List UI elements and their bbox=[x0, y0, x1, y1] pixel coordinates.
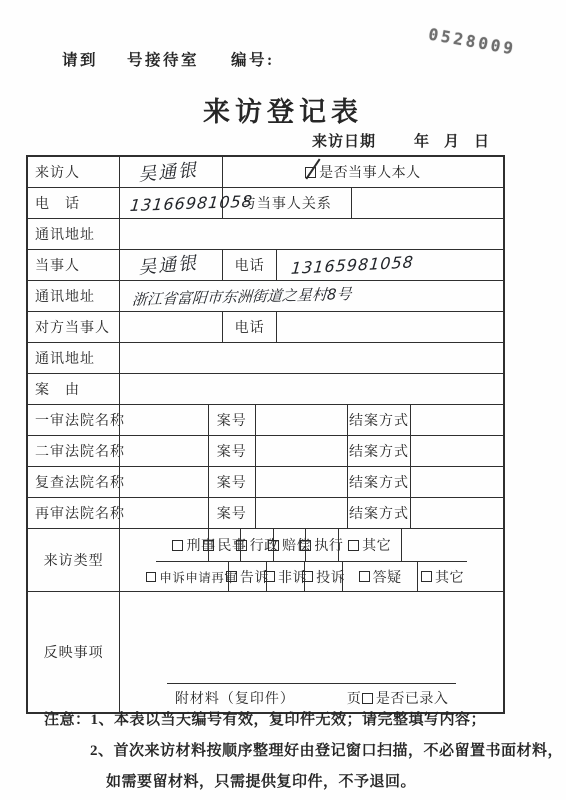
checkbox-icon[interactable] bbox=[362, 693, 373, 704]
day-label: 日 bbox=[474, 130, 490, 151]
row-visit-type: 来访类型 刑事 民事 行政 赔偿 执行 其它 申诉申请再审 告诉 非诉 投诉 答… bbox=[28, 528, 503, 591]
party-name-field[interactable]: 吴通银 bbox=[119, 250, 222, 280]
phone-field[interactable]: 13166981058 bbox=[119, 188, 222, 218]
checkbox-icon[interactable] bbox=[203, 540, 214, 551]
row-court-first: 一审法院名称 案号 结案方式 bbox=[28, 404, 503, 435]
cause-field[interactable] bbox=[119, 374, 503, 404]
month-label: 月 bbox=[444, 130, 460, 151]
party-address-handwriting: 浙江省富阳市东洲街道之星村8号 bbox=[120, 282, 353, 309]
court2-closing-field[interactable] bbox=[410, 436, 503, 466]
party-phone-label: 电话 bbox=[222, 250, 277, 280]
court2-case-label: 案号 bbox=[208, 436, 256, 466]
visit-type-other-2[interactable]: 其它 bbox=[421, 567, 464, 587]
note-title: 注意： bbox=[44, 712, 91, 728]
checkbox-icon[interactable] bbox=[226, 571, 237, 582]
cause-label: 案 由 bbox=[28, 374, 119, 404]
relation-field[interactable] bbox=[351, 188, 503, 218]
court2-name-field[interactable] bbox=[119, 436, 207, 466]
court1-label: 一审法院名称 bbox=[28, 405, 119, 435]
opponent-address-label: 通讯地址 bbox=[28, 343, 119, 373]
visitor-label: 来访人 bbox=[28, 157, 119, 187]
opponent-phone-field[interactable] bbox=[276, 312, 503, 342]
court1-closing-label: 结案方式 bbox=[347, 405, 410, 435]
note-line-2: 2、首次来访材料按顺序整理好由登记窗口扫描，不必留置书面材料， bbox=[44, 736, 549, 767]
row-party: 当事人 吴通银 电话 13165981058 bbox=[28, 249, 503, 280]
checkbox-icon[interactable] bbox=[421, 571, 432, 582]
address1-field[interactable] bbox=[119, 219, 503, 249]
reception-room-label: 号接待室 bbox=[127, 48, 199, 70]
court3-name-field[interactable] bbox=[119, 467, 207, 497]
goto-label: 请到 bbox=[62, 48, 98, 70]
court4-case-field[interactable] bbox=[255, 498, 347, 528]
page-title: 来访登记表 bbox=[0, 90, 566, 129]
party-phone-field[interactable]: 13165981058 bbox=[276, 250, 503, 280]
court3-case-field[interactable] bbox=[255, 467, 347, 497]
court4-closing-label: 结案方式 bbox=[347, 498, 410, 528]
court1-name-field[interactable] bbox=[119, 405, 207, 435]
row-court-review: 复查法院名称 案号 结案方式 bbox=[28, 466, 503, 497]
court1-case-field[interactable] bbox=[255, 405, 347, 435]
visit-type-non-litigation[interactable]: 非诉 bbox=[264, 567, 307, 587]
phone-label: 电 话 bbox=[28, 188, 119, 218]
year-label: 年 bbox=[414, 130, 430, 151]
party-address-label: 通讯地址 bbox=[28, 281, 119, 311]
court4-label: 再审法院名称 bbox=[28, 498, 119, 528]
opponent-label: 对方当事人 bbox=[28, 312, 119, 342]
visit-date-label: 来访日期 bbox=[312, 130, 376, 151]
row-visitor: 来访人 吴通银 是否当事人本人 bbox=[28, 157, 503, 187]
party-label: 当事人 bbox=[28, 250, 119, 280]
party-name-handwriting: 吴通银 bbox=[119, 249, 199, 282]
visit-type-row1-empty-cell bbox=[401, 529, 444, 561]
registration-table: 来访人 吴通银 是否当事人本人 电 话 13166981058 与当事人关系 通… bbox=[26, 155, 505, 714]
opponent-address-field[interactable] bbox=[119, 343, 503, 373]
serial-number-label: 编号: bbox=[231, 48, 275, 70]
court3-closing-label: 结案方式 bbox=[347, 467, 410, 497]
visit-type-answer-questions[interactable]: 答疑 bbox=[359, 567, 402, 587]
visit-date-line: 来访日期 年 月 日 bbox=[312, 130, 490, 151]
checkbox-icon[interactable] bbox=[146, 572, 156, 582]
is-party-self-checkbox[interactable]: 是否当事人本人 bbox=[305, 162, 421, 182]
visit-type-appeal-retrial[interactable]: 申诉申请再审 bbox=[146, 568, 237, 586]
checkbox-icon[interactable] bbox=[359, 571, 370, 582]
court4-case-label: 案号 bbox=[208, 498, 256, 528]
court1-case-label: 案号 bbox=[208, 405, 256, 435]
party-phone-handwriting: 13165981058 bbox=[277, 252, 415, 278]
court4-closing-field[interactable] bbox=[410, 498, 503, 528]
visit-type-other-1[interactable]: 其它 bbox=[348, 535, 391, 555]
visitor-name-field[interactable]: 吴通银 bbox=[119, 157, 222, 187]
note-line-1: 注意：1、本表以当天编号有效，复印件无效；请完整填写内容； bbox=[44, 705, 549, 736]
visitor-registration-form: 请到 号接待室 编号: 0528009 来访登记表 来访日期 年 月 日 来访人… bbox=[0, 0, 566, 800]
visit-type-complaint[interactable]: 投诉 bbox=[302, 567, 345, 587]
phone-handwriting: 13166981058 bbox=[119, 191, 254, 215]
court2-label: 二审法院名称 bbox=[28, 436, 119, 466]
checkbox-icon[interactable] bbox=[302, 571, 313, 582]
footer-notes: 注意：1、本表以当天编号有效，复印件无效；请完整填写内容； 2、首次来访材料按顺… bbox=[44, 705, 549, 798]
court2-case-field[interactable] bbox=[255, 436, 347, 466]
visit-type-label: 来访类型 bbox=[28, 529, 119, 591]
row-remarks: 反映事项 附材料（复印件） 页 是否已录入 bbox=[28, 591, 503, 712]
checkbox-icon[interactable] bbox=[264, 571, 275, 582]
note-line-3: 如需要留材料，只需提供复印件，不予退回。 bbox=[44, 767, 549, 798]
visit-type-sub-row-1: 刑事 民事 行政 赔偿 执行 其它 bbox=[180, 529, 444, 561]
court3-case-label: 案号 bbox=[208, 467, 256, 497]
row-phone: 电 话 13166981058 与当事人关系 bbox=[28, 187, 503, 218]
checkbox-icon[interactable] bbox=[300, 540, 311, 551]
row-cause: 案 由 bbox=[28, 373, 503, 404]
is-party-self-label: 是否当事人本人 bbox=[319, 162, 421, 182]
court3-closing-field[interactable] bbox=[410, 467, 503, 497]
party-address-field[interactable]: 浙江省富阳市东洲街道之星村8号 bbox=[119, 281, 503, 311]
row-opponent-address: 通讯地址 bbox=[28, 342, 503, 373]
address1-label: 通讯地址 bbox=[28, 219, 119, 249]
court3-label: 复查法院名称 bbox=[28, 467, 119, 497]
court2-closing-label: 结案方式 bbox=[347, 436, 410, 466]
is-party-self-cell: 是否当事人本人 bbox=[222, 157, 503, 187]
row-party-address: 通讯地址 浙江省富阳市东洲街道之星村8号 bbox=[28, 280, 503, 311]
row-court-second: 二审法院名称 案号 结案方式 bbox=[28, 435, 503, 466]
opponent-phone-label: 电话 bbox=[222, 312, 277, 342]
row-opponent: 对方当事人 电话 bbox=[28, 311, 503, 342]
checkbox-icon[interactable] bbox=[348, 540, 359, 551]
court1-closing-field[interactable] bbox=[410, 405, 503, 435]
visitor-name-handwriting: 吴通银 bbox=[119, 156, 199, 189]
checkbox-icon[interactable] bbox=[172, 540, 183, 551]
visit-type-accusation[interactable]: 告诉 bbox=[226, 567, 269, 587]
row-court-retrial: 再审法院名称 案号 结案方式 bbox=[28, 497, 503, 528]
row-address-1: 通讯地址 bbox=[28, 218, 503, 249]
remarks-label: 反映事项 bbox=[28, 592, 119, 712]
visit-type-sub-row-2: 申诉申请再审 告诉 非诉 投诉 答疑 其它 bbox=[156, 561, 467, 591]
checkbox-checked-icon[interactable] bbox=[305, 167, 316, 178]
court4-name-field[interactable] bbox=[119, 498, 207, 528]
opponent-name-field[interactable] bbox=[119, 312, 222, 342]
checkbox-icon[interactable] bbox=[236, 540, 247, 551]
checkbox-icon[interactable] bbox=[268, 540, 279, 551]
serial-number-stamp: 0528009 bbox=[427, 24, 517, 58]
